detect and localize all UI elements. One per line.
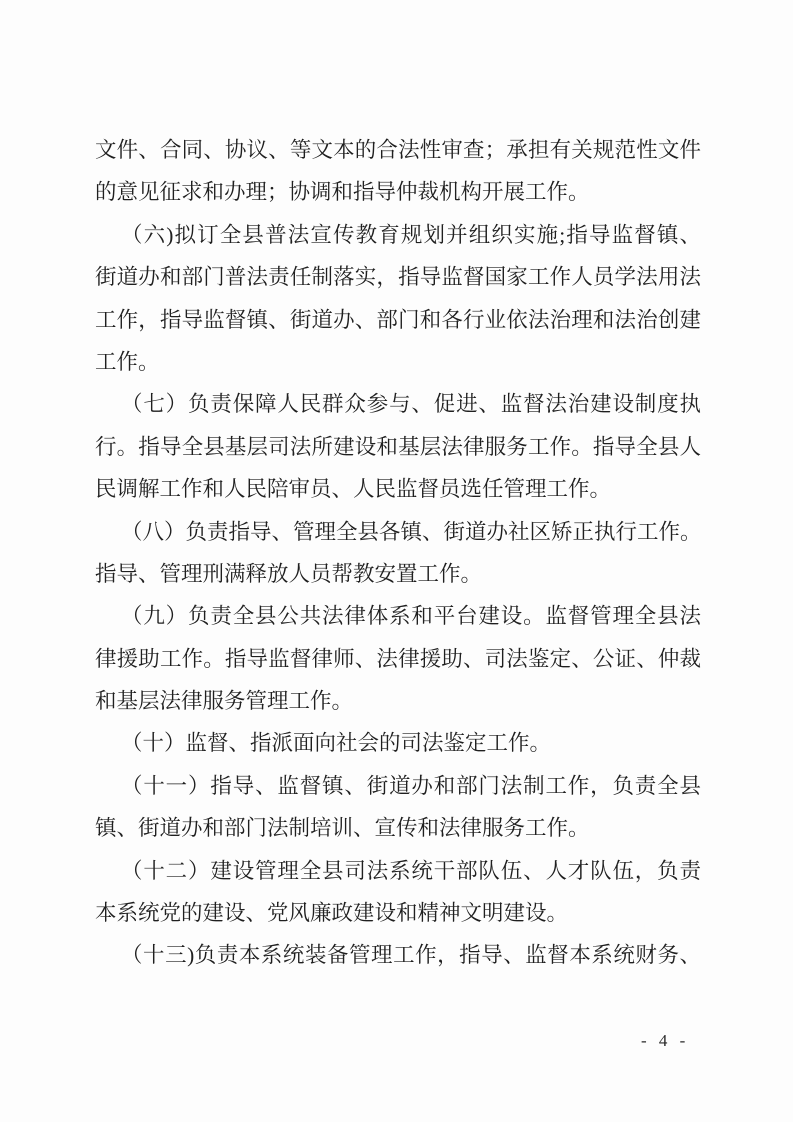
text-line: （十）监督、指派面向社会的司法鉴定工作。 — [95, 722, 701, 764]
text-line: 行。指导全县基层司法所建设和基层法律服务工作。指导全县人 — [95, 426, 701, 468]
text-line: 民调解工作和人民陪审员、人民监督员选任管理工作。 — [95, 468, 701, 510]
text-line: （九）负责全县公共法律体系和平台建设。监督管理全县法 — [95, 595, 701, 637]
text-line: （十二）建设管理全县司法系统干部队伍、人才队伍，负责 — [95, 850, 701, 892]
page-number: - 4 - — [641, 1031, 689, 1051]
text-line: （十一）指导、监督镇、街道办和部门法制工作，负责全县 — [95, 765, 701, 807]
text-line: （七）负责保障人民群众参与、促进、监督法治建设制度执 — [95, 383, 701, 425]
text-line: （六)拟订全县普法宣传教育规划并组织实施;指导监督镇、 — [95, 214, 701, 256]
text-line: 的意见征求和办理；协调和指导仲裁机构开展工作。 — [95, 171, 701, 213]
text-line: （八）负责指导、管理全县各镇、街道办社区矫正执行工作。 — [95, 511, 701, 553]
text-line: 指导、管理刑满释放人员帮教安置工作。 — [95, 553, 701, 595]
text-line: 本系统党的建设、党风廉政建设和精神文明建设。 — [95, 892, 701, 934]
document-body: 文件、合同、协议、等文本的合法性审查；承担有关规范性文件 的意见征求和办理；协调… — [95, 129, 701, 977]
text-line: 文件、合同、协议、等文本的合法性审查；承担有关规范性文件 — [95, 129, 701, 171]
text-line: 工作。 — [95, 341, 701, 383]
text-line: 工作，指导监督镇、街道办、部门和各行业依法治理和法治创建 — [95, 299, 701, 341]
text-line: 律援助工作。指导监督律师、法律援助、司法鉴定、公证、仲裁 — [95, 638, 701, 680]
document-page: 文件、合同、协议、等文本的合法性审查；承担有关规范性文件 的意见征求和办理；协调… — [0, 0, 793, 1122]
text-line: 镇、街道办和部门法制培训、宣传和法律服务工作。 — [95, 807, 701, 849]
text-line: 街道办和部门普法责任制落实，指导监督国家工作人员学法用法 — [95, 256, 701, 298]
text-line: （十三)负责本系统装备管理工作，指导、监督本系统财务、 — [95, 934, 701, 976]
text-line: 和基层法律服务管理工作。 — [95, 680, 701, 722]
